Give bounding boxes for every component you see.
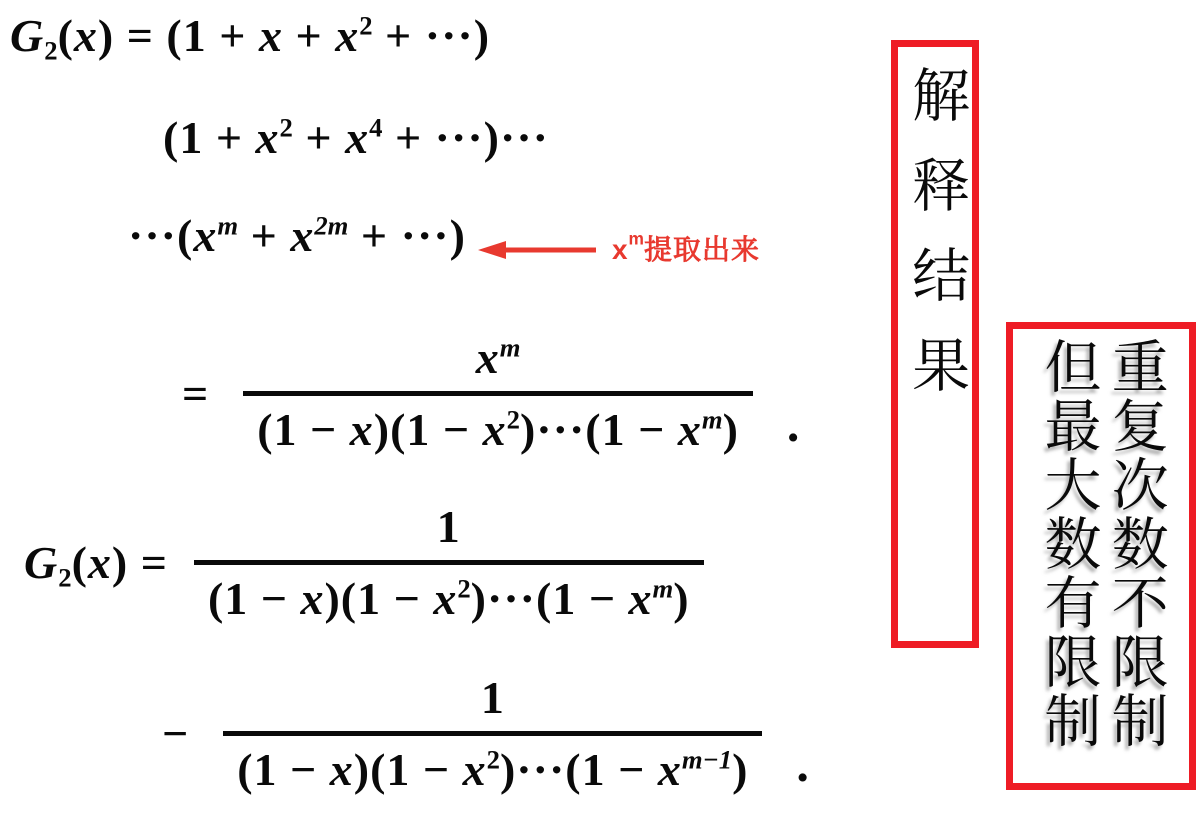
equation-line-3: ···(xm + x2m + ···) xm提取出来: [128, 210, 760, 263]
equation-line-6: − 1 (1 − x)(1 − x2)···(1 − xm−1) .: [162, 672, 810, 797]
slide: G2(x) = (1 + x + x2 + ···) (1 + x2 + x4 …: [0, 0, 1204, 830]
note-box-constraints: 但最大数有限制 重复次数不限制: [1006, 322, 1196, 790]
equals-sign: =: [182, 368, 209, 421]
end-period: .: [796, 736, 810, 794]
numerator: 1: [471, 672, 515, 727]
equation-line-5: G2(x) = 1 (1 − x)(1 − x2)···(1 − xm): [24, 501, 704, 626]
denominator: (1 − x)(1 − x2)···(1 − xm−1): [223, 731, 762, 797]
fraction: 1 (1 − x)(1 − x2)···(1 − xm−1): [223, 672, 762, 797]
fraction: 1 (1 − x)(1 − x2)···(1 − xm): [194, 501, 704, 626]
note-column-left: 但最大数有限制: [1038, 337, 1097, 783]
equation-line-2-text: (1 + x2 + x4 + ···)···: [163, 112, 549, 165]
end-period: .: [787, 396, 801, 454]
minus-sign: −: [162, 708, 189, 761]
equation-line-1-text: G2(x) = (1 + x + x2 + ···): [10, 10, 490, 63]
equation-line-4: = xm (1 − x)(1 − x2)···(1 − xm) .: [182, 332, 800, 457]
note-box-interpret-result: 解释结果: [891, 40, 979, 648]
equation-line-1: G2(x) = (1 + x + x2 + ···): [10, 10, 490, 63]
annotation-pointer: xm提取出来: [476, 234, 760, 266]
extraction-note: xm提取出来: [612, 234, 760, 266]
fraction: xm (1 − x)(1 − x2)···(1 − xm): [243, 332, 753, 457]
numerator: 1: [427, 501, 471, 556]
note-column-right: 重复次数不限制: [1105, 337, 1164, 783]
left-arrow-icon: [476, 238, 598, 262]
vertical-note-text: 解释结果: [905, 65, 965, 641]
equation-lhs: G2(x) =: [24, 537, 168, 590]
equation-line-2: (1 + x2 + x4 + ···)···: [163, 112, 549, 165]
denominator: (1 − x)(1 − x2)···(1 − xm): [194, 560, 704, 626]
denominator: (1 − x)(1 − x2)···(1 − xm): [243, 391, 753, 457]
numerator: xm: [466, 332, 531, 387]
equation-line-3-text: ···(xm + x2m + ···): [128, 210, 466, 263]
